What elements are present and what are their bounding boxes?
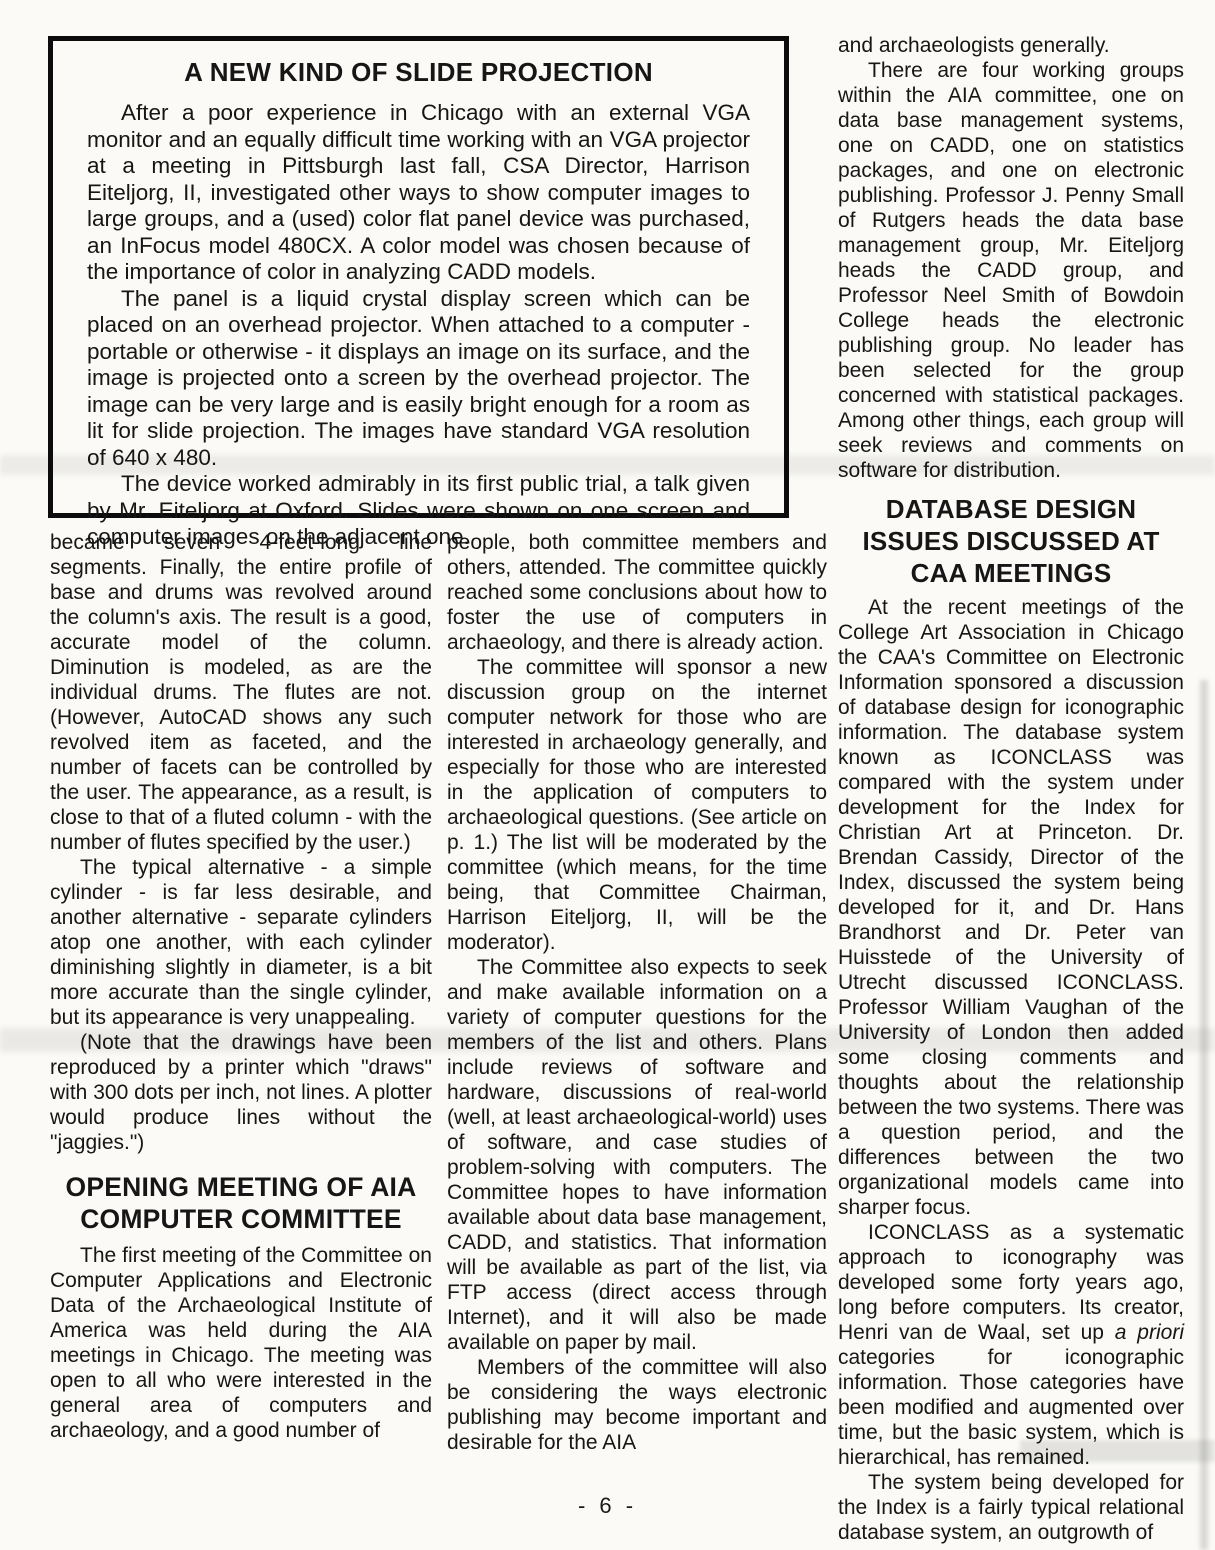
body-paragraph: became seven 4-feet-long line segments. …: [50, 530, 432, 855]
middle-column: people, both committee members and other…: [447, 530, 827, 1455]
body-paragraph: At the recent meetings of the College Ar…: [838, 595, 1184, 1220]
left-column: became seven 4-feet-long line segments. …: [50, 530, 432, 1443]
boxed-article-title: A NEW KIND OF SLIDE PROJECTION: [87, 57, 750, 88]
page-number: - 6 -: [0, 1493, 1215, 1519]
body-paragraph-iconclass: ICONCLASS as a systematic approach to ic…: [838, 1220, 1184, 1470]
body-paragraph: Members of the committee will also be co…: [447, 1355, 827, 1455]
newsletter-page: A NEW KIND OF SLIDE PROJECTION After a p…: [0, 0, 1215, 1550]
body-paragraph: and archaeologists generally.: [838, 33, 1184, 58]
boxed-article-paragraph: The panel is a liquid crystal display sc…: [87, 286, 750, 472]
boxed-article-slide-projection: A NEW KIND OF SLIDE PROJECTION After a p…: [48, 36, 789, 518]
body-paragraph: The first meeting of the Committee on Co…: [50, 1243, 432, 1443]
right-column: and archaeologists generally. There are …: [838, 33, 1184, 1545]
italic-phrase: a priori: [1115, 1321, 1184, 1344]
body-paragraph: (Note that the drawings have been reprod…: [50, 1030, 432, 1155]
body-paragraph: The Committee also expects to seek and m…: [447, 955, 827, 1355]
body-paragraph: people, both committee members and other…: [447, 530, 827, 655]
body-paragraph: There are four working groups within the…: [838, 58, 1184, 483]
body-paragraph: The typical alternative - a simple cylin…: [50, 855, 432, 1030]
scan-edge-shadow: [1200, 680, 1208, 1550]
paragraph-text: categories for iconographic information.…: [838, 1346, 1184, 1469]
body-paragraph: The committee will sponsor a new discuss…: [447, 655, 827, 955]
boxed-article-paragraph: After a poor experience in Chicago with …: [87, 100, 750, 286]
section-heading-database-design: DATABASE DESIGN ISSUES DISCUSSED AT CAA …: [838, 493, 1184, 589]
section-heading-aia-meeting: OPENING MEETING OF AIA COMPUTER COMMITTE…: [50, 1171, 432, 1235]
